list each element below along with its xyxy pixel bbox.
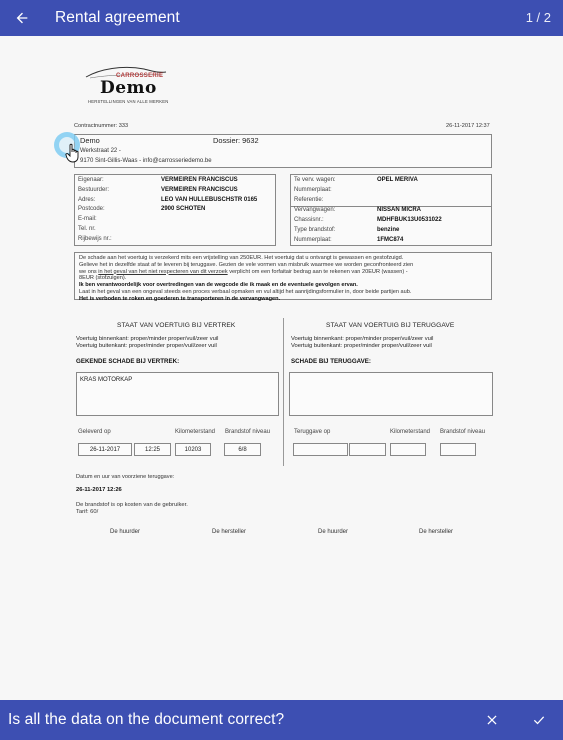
signature-repairer-departure: De hersteller	[212, 529, 246, 535]
document-preview[interactable]: CARROSSERIE Demo HERSTELLINGEN VAN ALLE …	[0, 36, 563, 700]
app: Rental agreement 1 / 2 CARROSSERIE Demo …	[0, 0, 563, 740]
return-date-field[interactable]	[293, 443, 348, 456]
returned-label: Teruggave op	[294, 429, 330, 435]
vehicle-field-value: benzine	[377, 227, 399, 233]
return-damage-heading: SCHADE BIJ TERUGGAVE:	[291, 358, 371, 365]
customer-field-label: Rijbewijs nr.:	[78, 236, 112, 242]
customer-field-label: Eigenaar:	[78, 177, 104, 183]
notice-line-bold: Ik ben verantwoordelijk voor overtreding…	[79, 282, 487, 289]
return-title: STAAT VAN VOERTUIG BIJ TERUGGAVE	[326, 322, 454, 329]
hand-pointer-icon	[65, 143, 81, 163]
notice-line: Gelieve het in dezelfde staat af te leve…	[79, 262, 487, 269]
customer-field-label: Postcode:	[78, 206, 105, 212]
vehicle-field-label: Vervangwagen:	[294, 207, 335, 213]
signature-renter-departure: De huurder	[110, 529, 140, 535]
notice-line-bold: Het is verboden te roken en goederen te …	[79, 296, 487, 303]
customer-field-label: Bestuurder:	[78, 187, 109, 193]
departure-damage-box: KRAS MOTORKAP	[76, 372, 279, 416]
fuel-note: De brandstof is op kosten van de gebruik…	[76, 502, 188, 508]
tariff: Tarif: 60/	[76, 509, 98, 515]
vehicle-field-label: Referentie:	[294, 197, 323, 203]
departure-fuel-field[interactable]: 6/8	[224, 443, 261, 456]
top-app-bar: Rental agreement 1 / 2	[0, 0, 563, 36]
customer-field-label: E-mail:	[78, 216, 97, 222]
departure-fuel-label: Brandstof niveau	[225, 429, 270, 435]
contract-datetime: 26-11-2017 12:37	[446, 123, 490, 129]
notice-line: Laat in het geval van een ongeval steeds…	[79, 289, 487, 296]
company-city-email: 9170 Sint-Gillis-Waas - info@carrosserie…	[80, 158, 212, 164]
page-title: Rental agreement	[55, 9, 180, 27]
departure-damage-text: KRAS MOTORKAP	[80, 377, 132, 383]
notice-line: 8EUR (stofzuigen).	[79, 275, 487, 282]
expected-return-label: Datum en uur van voorziene teruggave:	[76, 474, 174, 480]
customer-field-value: VERMEIREN FRANCISCUS	[161, 187, 238, 193]
customer-info-box: Eigenaar:VERMEIREN FRANCISCUSBestuurder:…	[74, 174, 276, 246]
vehicle-field-label: Nummerplaat:	[294, 187, 332, 193]
reject-button[interactable]	[480, 708, 504, 732]
notice-line: we ons in het geval van het niet respect…	[79, 269, 487, 276]
vehicle-info-box: Te verv. wagen:OPEL MERIVANummerplaat:Re…	[290, 174, 492, 246]
close-icon	[485, 713, 499, 727]
delivered-date-field[interactable]: 26-11-2017	[78, 443, 132, 456]
company-street: Werkstraat 22 -	[80, 148, 121, 154]
vehicle-field-label: Te verv. wagen:	[294, 177, 336, 183]
return-exterior: Voertuig buitenkant: proper/minder prope…	[291, 343, 432, 349]
notice-text: we ons	[79, 269, 98, 275]
vehicle-field-value: OPEL MERIVA	[377, 177, 418, 183]
notice-line: De schade aan het voertuig is verzekerd …	[79, 255, 487, 262]
return-interior: Voertuig binnenkant: proper/minder prope…	[291, 336, 433, 342]
confirmation-question: Is all the data on the document correct?	[8, 711, 284, 729]
contract-number: Contractnummer: 333	[74, 123, 128, 129]
delivered-label: Geleverd op	[78, 429, 111, 435]
return-fuel-label: Brandstof niveau	[440, 429, 485, 435]
return-km-label: Kilometerstand	[390, 429, 430, 435]
back-button[interactable]	[0, 0, 44, 36]
return-time-field[interactable]	[349, 443, 386, 456]
signature-repairer-return: De hersteller	[419, 529, 453, 535]
vehicle-field-value: MDHFBUK13U0531022	[377, 217, 442, 223]
section-divider	[283, 318, 284, 466]
notice-text: verplicht om een forfaitair bedrag aan t…	[228, 269, 408, 275]
departure-interior: Voertuig binnenkant: proper/minder prope…	[76, 336, 218, 342]
notice-underlined: in het geval van het niet respecteren va…	[98, 269, 227, 275]
vehicle-field-value: NISSAN MICRA	[377, 207, 421, 213]
company-name: Demo	[80, 136, 100, 145]
delivered-time-field[interactable]: 12:25	[134, 443, 171, 456]
vehicle-field-label: Chassisnr.:	[294, 217, 324, 223]
return-fuel-field[interactable]	[440, 443, 476, 456]
departure-exterior: Voertuig buitenkant: proper/minder prope…	[76, 343, 217, 349]
departure-damage-heading: GEKENDE SCHADE BIJ VERTREK:	[76, 358, 179, 365]
departure-title: STAAT VAN VOERTUIG BIJ VERTREK	[117, 322, 235, 329]
return-damage-box	[289, 372, 493, 416]
departure-km-field[interactable]: 10203	[175, 443, 211, 456]
vehicle-field-label: Type brandstof:	[294, 227, 335, 233]
customer-field-value: 2900 SCHOTEN	[161, 206, 205, 212]
arrow-left-icon	[14, 10, 30, 26]
logo-brand: Demo	[100, 78, 157, 98]
customer-field-value: LEO VAN HULLEBUSCHSTR 0165	[161, 197, 257, 203]
terms-notice: De schade aan het voertuig is verzekerd …	[74, 252, 492, 300]
vehicle-field-value: 1FMC874	[377, 237, 403, 243]
expected-return-value: 26-11-2017 12:26	[76, 487, 122, 493]
signature-renter-return: De huurder	[318, 529, 348, 535]
dossier-number: Dossier: 9632	[213, 136, 259, 145]
check-icon	[532, 713, 546, 727]
confirmation-bar: Is all the data on the document correct?	[0, 700, 563, 740]
accept-button[interactable]	[527, 708, 551, 732]
departure-km-label: Kilometerstand	[175, 429, 215, 435]
company-info-box: Demo Dossier: 9632 Werkstraat 22 - 9170 …	[74, 134, 492, 168]
vehicle-field-label: Nummerplaat:	[294, 237, 332, 243]
customer-field-value: VERMEIREN FRANCISCUS	[161, 177, 238, 183]
company-logo: CARROSSERIE Demo HERSTELLINGEN VAN ALLE …	[82, 66, 172, 114]
logo-tagline-bottom: HERSTELLINGEN VAN ALLE MERKEN	[88, 99, 168, 104]
customer-field-label: Tel. nr.	[78, 226, 96, 232]
customer-field-label: Adres:	[78, 197, 95, 203]
return-km-field[interactable]	[390, 443, 426, 456]
page-indicator: 1 / 2	[526, 10, 551, 25]
